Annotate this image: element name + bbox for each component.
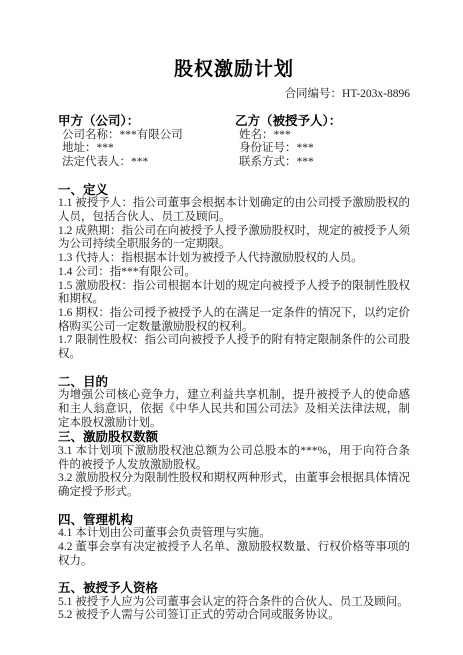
contract-paragraph: 1.5 激励股权：指公司根据本计划的规定向被授予人授予的限制性股权和期权。 xyxy=(58,280,410,307)
parties-block: 甲方（公司）： 公司名称：***有限公司 地址：*** 法定代表人：*** 乙方… xyxy=(58,115,410,170)
party-b-heading: 乙方（被授予人）： xyxy=(235,115,410,129)
party-b-contact: 联系方式：*** xyxy=(235,156,410,170)
page-title: 股权激励计划 xyxy=(58,58,410,82)
section-heading: 三、激励股权数额 xyxy=(58,430,410,445)
contract-paragraph: 5.1 被授予人应为公司董事会认定的符合条件的合伙人、员工及顾问。 xyxy=(58,596,410,610)
section-definitions: 一、定义 1.1 被授予人：指公司董事会根据本计划确定的由公司授予激励股权的人员… xyxy=(58,183,410,362)
party-a-company-name: 公司名称：***有限公司 xyxy=(58,129,235,143)
party-a-block: 甲方（公司）： 公司名称：***有限公司 地址：*** 法定代表人：*** xyxy=(58,115,235,170)
contract-paragraph: 5.2 被授予人需与公司签订正式的劳动合同或服务协议。 xyxy=(58,609,410,623)
contract-paragraph: 4.2 董事会享有决定被授予人名单、激励股权数量、行权价格等事项的权力。 xyxy=(58,541,410,568)
party-b-id-number: 身份证号：*** xyxy=(235,142,410,156)
party-a-heading: 甲方（公司）： xyxy=(58,115,235,129)
contract-paragraph: 为增强公司核心竞争力，建立利益共享机制，提升被授予人的使命感和主人翁意识，依据《… xyxy=(58,389,410,430)
section-management: 四、管理机构 4.1 本计划由公司董事会负责管理与实施。 4.2 董事会享有决定… xyxy=(58,513,410,569)
contract-paragraph: 3.2 激励股权分为限制性股权和期权两种形式，由董事会根据具体情况确定授予形式。 xyxy=(58,472,410,499)
contract-paragraph: 4.1 本计划由公司董事会负责管理与实施。 xyxy=(58,527,410,541)
contract-paragraph: 1.2 成熟期：指公司在向被授予人授予激励股权时，规定的被授予人须为公司持续全职… xyxy=(58,225,410,252)
contract-paragraph: 1.6 期权：指公司授予被授予人的在满足一定条件的情况下，以约定价格购买公司一定… xyxy=(58,307,410,334)
section-heading: 二、目的 xyxy=(58,375,410,390)
contract-paragraph: 3.1 本计划项下激励股权池总额为公司总股本的***%，用于向符合条件的被授予人… xyxy=(58,445,410,472)
section-grantee-qualification: 五、被授予人资格 5.1 被授予人应为公司董事会认定的符合条件的合伙人、员工及顾… xyxy=(58,581,410,623)
section-heading: 五、被授予人资格 xyxy=(58,581,410,596)
sections-block: 一、定义 1.1 被授予人：指公司董事会根据本计划确定的由公司授予激励股权的人员… xyxy=(58,183,410,623)
contract-paragraph: 1.4 公司：指***有限公司。 xyxy=(58,266,410,280)
section-equity-amount: 三、激励股权数额 3.1 本计划项下激励股权池总额为公司总股本的***%，用于向… xyxy=(58,430,410,499)
section-purpose: 二、目的 为增强公司核心竞争力，建立利益共享机制，提升被授予人的使命感和主人翁意… xyxy=(58,375,410,431)
contract-paragraph: 1.3 代持人：指根据本计划为被授予人代持激励股权的人员。 xyxy=(58,252,410,266)
section-heading: 四、管理机构 xyxy=(58,513,410,528)
section-heading: 一、定义 xyxy=(58,183,410,198)
contract-paragraph: 1.1 被授予人：指公司董事会根据本计划确定的由公司授予激励股权的人员，包括合伙… xyxy=(58,197,410,224)
document-content: 股权激励计划 合同编号：HT-203x-8896 甲方（公司）： 公司名称：**… xyxy=(0,0,463,623)
document-page: 股权激励计划 合同编号：HT-203x-8896 甲方（公司）： 公司名称：**… xyxy=(0,0,463,655)
party-b-block: 乙方（被授予人）： 姓名：*** 身份证号：*** 联系方式：*** xyxy=(235,115,410,170)
party-b-name: 姓名：*** xyxy=(235,129,410,143)
party-a-address: 地址：*** xyxy=(58,142,235,156)
party-a-legal-representative: 法定代表人：*** xyxy=(58,156,235,170)
contract-paragraph: 1.7 限制性股权：指公司向被授予人授予的附有特定限制条件的公司股权。 xyxy=(58,334,410,361)
contract-number: 合同编号：HT-203x-8896 xyxy=(58,87,410,101)
